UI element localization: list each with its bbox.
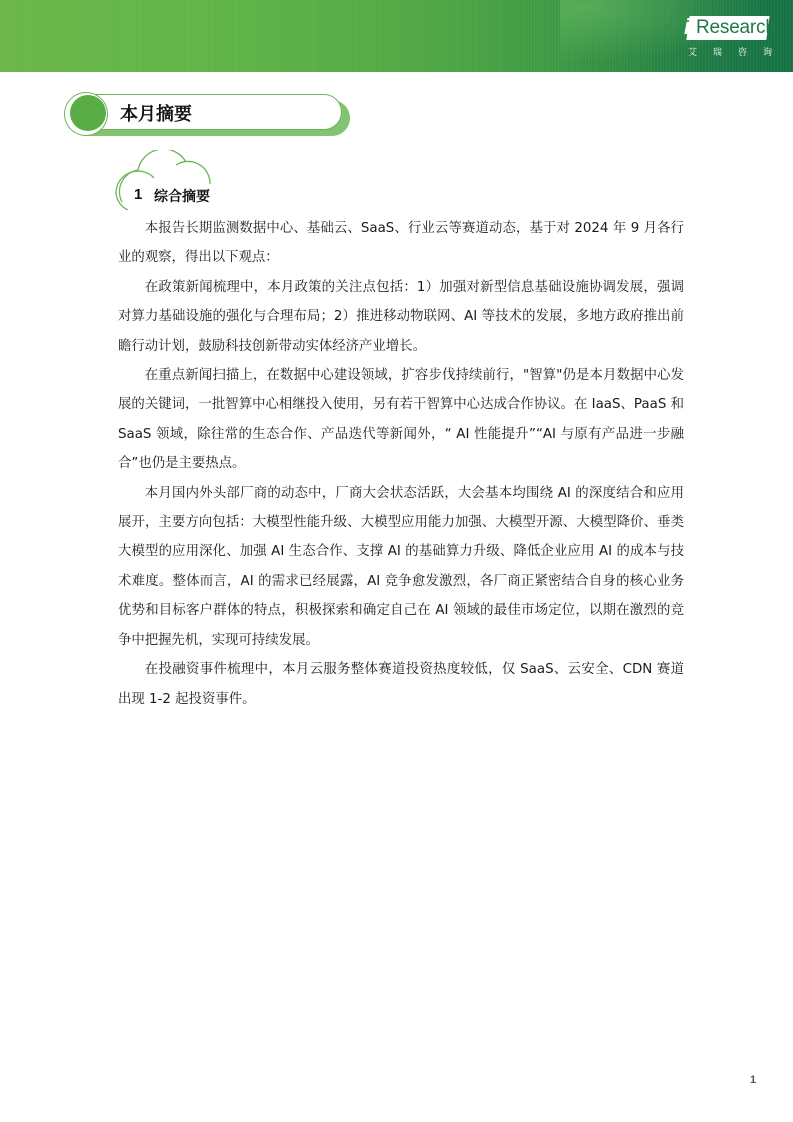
section-title: 综合摘要 [154, 186, 210, 206]
logo-cn-char: 咨 [738, 45, 747, 58]
paragraph-policy: 在政策新闻梳理中，本月政策的关注点包括：1）加强对新型信息基础设施协调发展，强调… [118, 273, 684, 361]
section-number: 1 [134, 186, 142, 203]
header-band: i Research 艾 瑞 咨 询 [0, 0, 793, 72]
page-title-banner: 本月摘要 [64, 92, 354, 138]
logo-cn-char: 询 [763, 45, 772, 58]
banner-pill [68, 94, 342, 130]
green-circle-icon [70, 95, 106, 131]
paragraph-investment: 在投融资事件梳理中，本月云服务整体赛道投资热度较低，仅 SaaS、云安全、CDN… [118, 655, 684, 714]
paragraph-key-news: 在重点新闻扫描上，在数据中心建设领域，扩容步伐持续前行，"智算"仍是本月数据中心… [118, 361, 684, 479]
summary-body: 本报告长期监测数据中心、基础云、SaaS、行业云等赛道动态，基于对 2024 年… [118, 214, 684, 714]
logo-cn-char: 瑞 [713, 45, 722, 58]
iresearch-logo: i Research 艾 瑞 咨 询 [684, 16, 772, 58]
page-title: 本月摘要 [120, 100, 192, 126]
page-number: 1 [750, 1074, 756, 1086]
logo-i: i [684, 14, 690, 40]
logo-cn-char: 艾 [688, 45, 697, 58]
logo-chinese-name: 艾 瑞 咨 询 [688, 45, 772, 58]
paragraph-vendors: 本月国内外头部厂商的动态中，厂商大会状态活跃，大会基本均围绕 AI 的深度结合和… [118, 479, 684, 655]
paragraph-intro: 本报告长期监测数据中心、基础云、SaaS、行业云等赛道动态，基于对 2024 年… [118, 214, 684, 273]
section-heading: 1 综合摘要 [114, 150, 314, 210]
logo-text: Research [696, 17, 776, 39]
